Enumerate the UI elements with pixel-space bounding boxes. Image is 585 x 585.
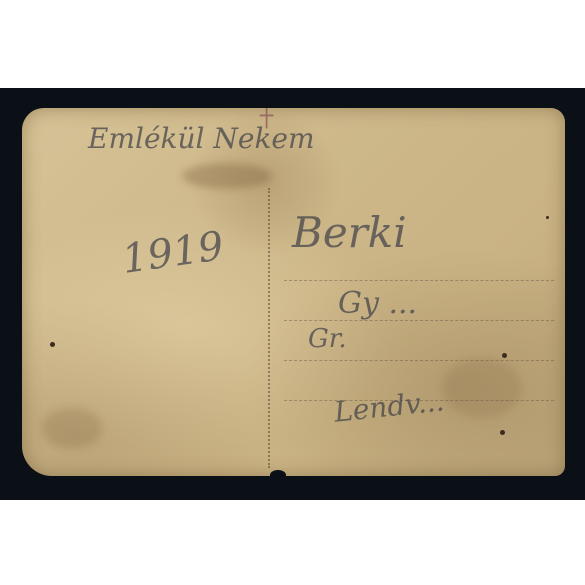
handwritten-year: 1919 (119, 223, 226, 283)
address-city: Lendv... (333, 384, 446, 428)
address-line (284, 360, 554, 361)
speck (502, 353, 507, 358)
stain (42, 408, 102, 448)
edge-tear (270, 470, 286, 480)
stain (442, 358, 522, 418)
postcard-back: ┼ Emlékül Nekem 1919 Berki Gy ... Gr. Le… (22, 108, 565, 476)
handwritten-heading: Emlékül Nekem (88, 122, 315, 155)
address-line-3: Gr. (308, 324, 347, 354)
address-line (284, 320, 554, 321)
address-line (284, 280, 554, 281)
speck (500, 430, 505, 435)
address-name: Berki (292, 208, 407, 257)
speck (546, 216, 549, 219)
speck (50, 342, 55, 347)
stain (182, 163, 272, 189)
center-divider (268, 188, 270, 468)
address-line-2: Gy ... (338, 286, 417, 321)
